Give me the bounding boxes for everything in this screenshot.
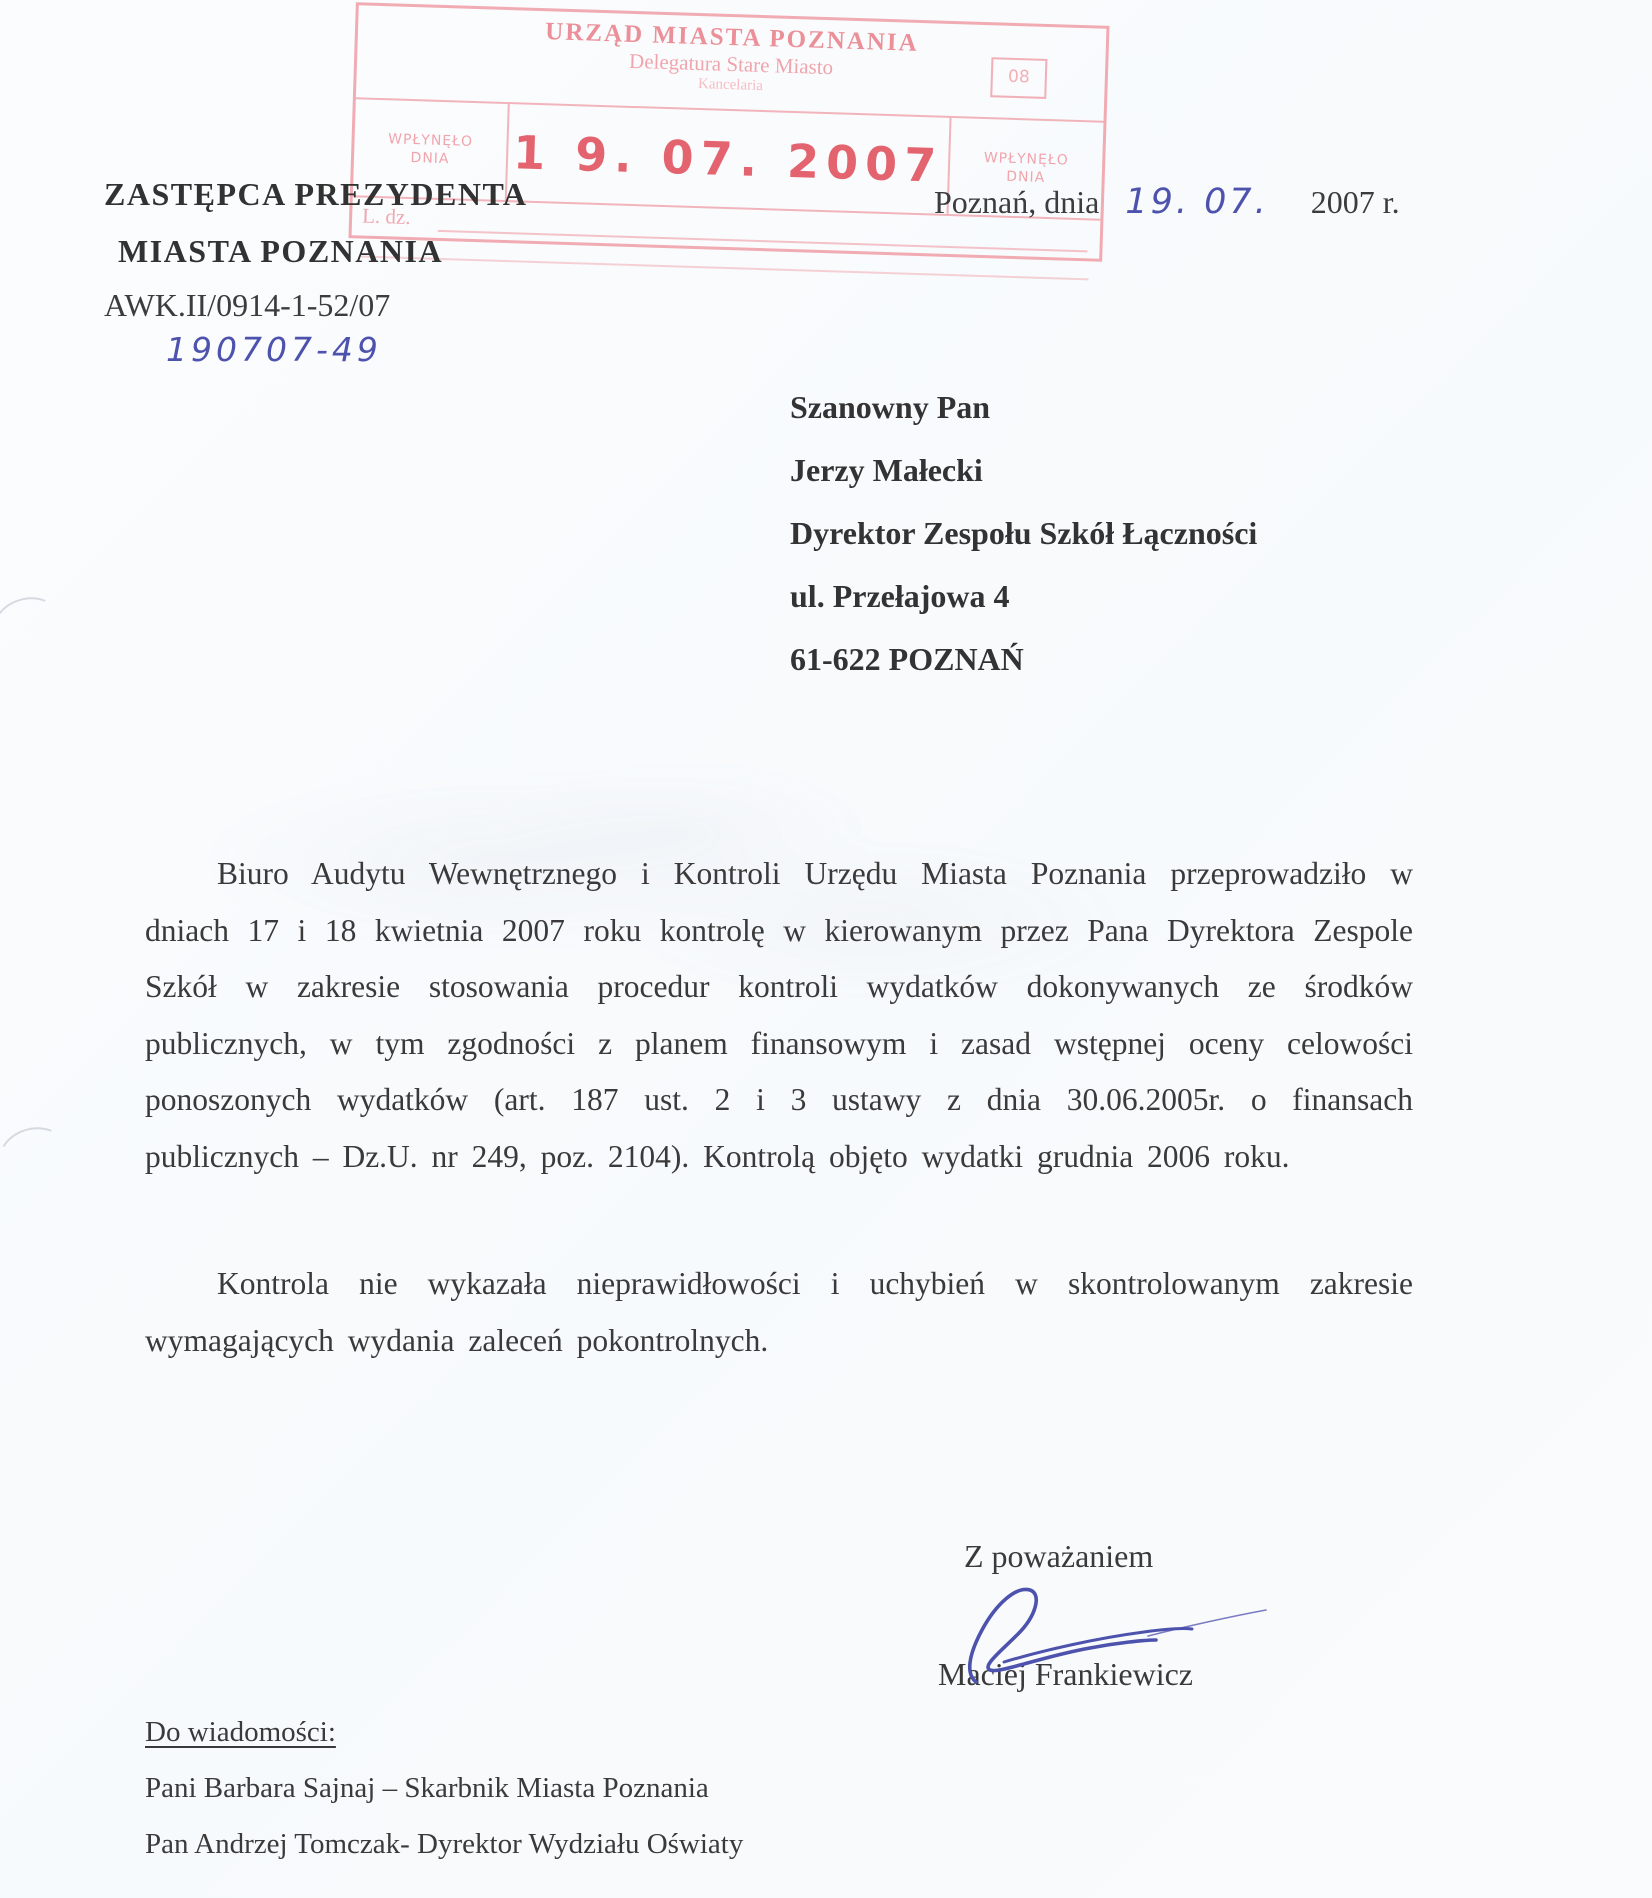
handwritten-registry-number: 190707-49: [166, 330, 528, 369]
cc-line-1: Pani Barbara Sajnaj – Skarbnik Miasta Po…: [145, 1772, 743, 1805]
dateline-prefix: Poznań, dnia: [934, 184, 1099, 220]
cc-line-2: Pan Andrzej Tomczak- Dyrektor Wydziału O…: [145, 1828, 743, 1861]
sender-title-line2: MIASTA POZNANIA: [118, 233, 528, 270]
recipient-city: 61-622 POZNAŃ: [790, 628, 1257, 691]
body-paragraph-1: Biuro Audytu Wewnętrznego i Kontroli Urz…: [145, 846, 1413, 1185]
stamp-ldz-blank-line: [438, 230, 1088, 252]
dateline-year: 2007 r.: [1311, 184, 1400, 220]
cc-header: Do wiadomości:: [145, 1716, 743, 1749]
stamp-received-date: 1 9. 07. 2007: [507, 104, 950, 214]
stamp-date-word: DNIA: [410, 149, 450, 168]
scanned-letter-page: URZĄD MIASTA POZNANIA Delegatura Stare M…: [0, 0, 1652, 1898]
stamp-received-word: WPŁYNĘŁO: [984, 149, 1069, 170]
closing-salutation: Z poważaniem: [964, 1538, 1153, 1575]
handwritten-signature: [948, 1578, 1278, 1688]
sender-title-line1: ZASTĘPCA PREZYDENTA: [104, 176, 528, 213]
scan-arc-artifact-bottom: [0, 1119, 75, 1194]
stamp-received-word: WPŁYNĘŁO: [388, 130, 473, 151]
cc-block: Do wiadomości: Pani Barbara Sajnaj – Ska…: [145, 1716, 743, 1861]
body-paragraph-2: Kontrola nie wykazała nieprawidłowości i…: [145, 1256, 1413, 1369]
recipient-street: ul. Przełajowa 4: [790, 565, 1257, 628]
scan-arc-artifact-top: [0, 589, 69, 664]
reference-number: AWK.II/0914-1-52/07: [104, 287, 528, 324]
recipient-name: Jerzy Małecki: [790, 439, 1257, 502]
handwritten-date: 19. 07.: [1125, 182, 1268, 222]
signature-tail: [1148, 1610, 1266, 1636]
recipient-block: Szanowny Pan Jerzy Małecki Dyrektor Zesp…: [790, 376, 1257, 691]
recipient-salutation: Szanowny Pan: [790, 376, 1257, 439]
dateline: Poznań, dnia19. 07.2007 r.: [934, 182, 1400, 222]
recipient-title: Dyrektor Zespołu Szkół Łączności: [790, 502, 1257, 565]
stamp-code-box: 08: [990, 57, 1047, 99]
sender-block: ZASTĘPCA PREZYDENTA MIASTA POZNANIA AWK.…: [104, 176, 528, 369]
